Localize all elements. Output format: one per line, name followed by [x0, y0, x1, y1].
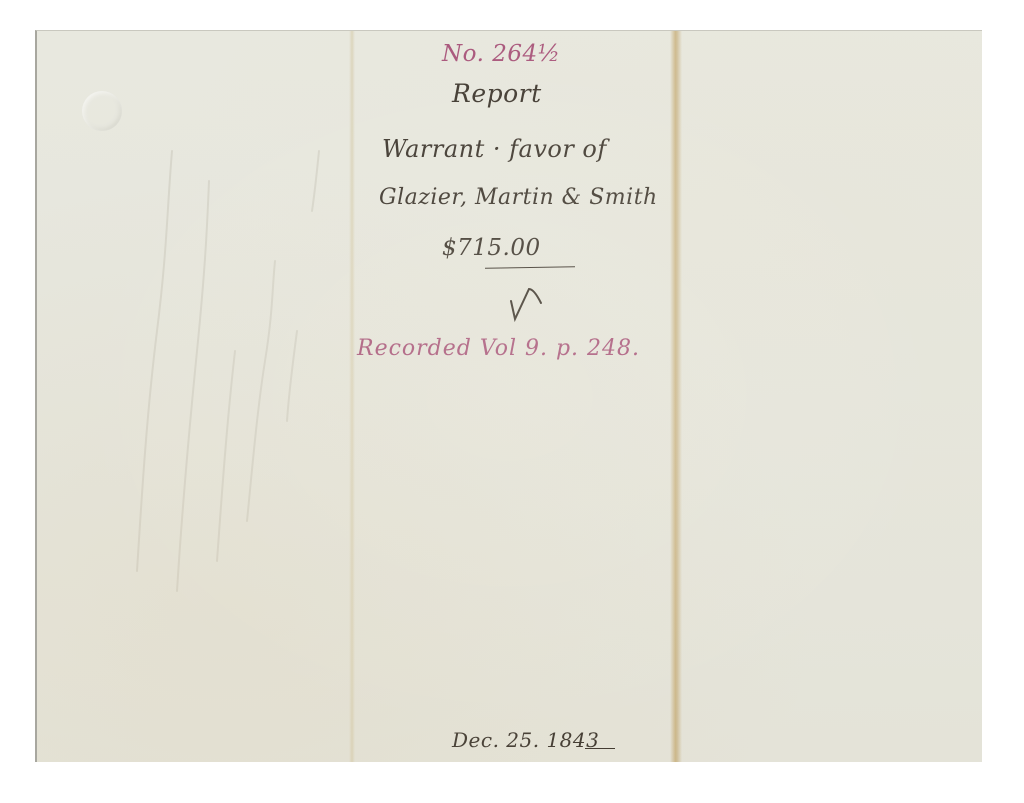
docket-subject-line-1: Warrant · favor of	[382, 135, 607, 163]
docket-number: No. 264½	[442, 41, 560, 67]
paper-sheet: No. 264½ Report Warrant · favor of Glazi…	[35, 30, 982, 762]
check-mark-icon	[505, 283, 545, 323]
docket-title: Report	[452, 79, 542, 108]
amount-underline	[485, 266, 575, 269]
docket-date: Dec. 25. 1843	[452, 728, 599, 752]
docket-subject-line-2: Glazier, Martin & Smith	[379, 185, 658, 210]
scanned-document: No. 264½ Report Warrant · favor of Glazi…	[0, 0, 1024, 803]
docket-amount: $715.00	[442, 235, 541, 261]
date-flourish	[585, 748, 615, 749]
fold-line-left	[349, 31, 355, 762]
bleed-through-writing	[97, 91, 347, 611]
fold-line-right	[670, 31, 682, 762]
recorded-note: Recorded Vol 9. p. 248.	[357, 336, 640, 361]
